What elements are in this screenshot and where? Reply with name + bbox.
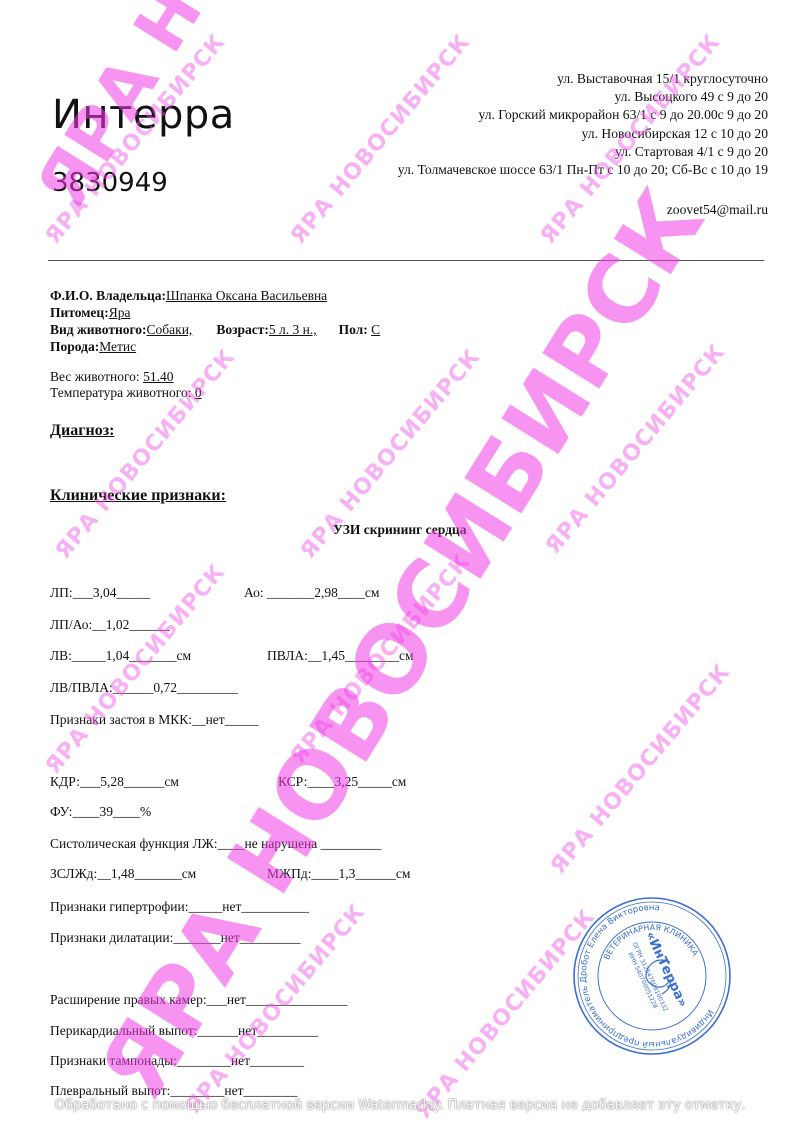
clinic-logo: Интерра bbox=[52, 92, 235, 138]
measurement-value: нет bbox=[224, 1083, 243, 1098]
measurement-post: _________ bbox=[317, 836, 381, 851]
measurement-label: КСР: bbox=[278, 774, 307, 789]
measurement-label: Плевральный выпот: bbox=[50, 1083, 170, 1098]
species-value: Собаки, bbox=[147, 322, 193, 337]
measurement-post: ________ bbox=[250, 1053, 304, 1068]
measurement-value: 1,04 bbox=[106, 648, 130, 663]
measurement-value: нет bbox=[221, 930, 240, 945]
address-line: ул. Толмачевское шоссе 63/1 Пн-Пт с 10 д… bbox=[398, 161, 768, 179]
age-label: Возраст: bbox=[216, 322, 269, 337]
measurement-value: нет bbox=[222, 899, 241, 914]
measurement-dilation: Признаки дилатации:_______нет_________ bbox=[50, 930, 301, 946]
measurement-label: ЛП: bbox=[50, 585, 73, 600]
breed-value: Метис bbox=[99, 339, 136, 354]
owner-value: Шпанка Оксана Васильевна bbox=[166, 288, 327, 303]
pet-label: Питомец: bbox=[50, 305, 109, 320]
measurement-label: ЛВ/ПВЛА: bbox=[50, 680, 113, 695]
measurement-post: ______ bbox=[129, 617, 170, 632]
address-line: ул. Высоцкого 49 с 9 до 20 bbox=[398, 88, 768, 106]
measurement-lv: ЛВ:_____1,04_______см bbox=[50, 648, 191, 664]
measurement-kdr: КДР:___5,28______см bbox=[50, 774, 179, 790]
measurement-post: _________ bbox=[177, 680, 238, 695]
species-label: Вид животного: bbox=[50, 322, 147, 337]
measurement-post: ____ bbox=[113, 804, 140, 819]
measurement-unit: см bbox=[365, 585, 380, 600]
measurement-value: нет bbox=[231, 1053, 250, 1068]
measurement-value: 1,02 bbox=[106, 617, 130, 632]
clinic-addresses: ул. Выставочная 15/1 круглосуточно ул. В… bbox=[398, 70, 768, 179]
measurement-fu: ФУ:____39____% bbox=[50, 804, 151, 820]
measurement-value: 39 bbox=[99, 804, 113, 819]
measurement-pericardial: Перикардиальный выпот:______нет_________ bbox=[50, 1023, 318, 1039]
measurement-value: 1,48 bbox=[111, 866, 135, 881]
measurement-value: 2,98 bbox=[314, 585, 338, 600]
measurement-pre: _______ bbox=[173, 930, 220, 945]
weight-value: 51.40 bbox=[143, 369, 173, 384]
measurement-pre: ____ bbox=[218, 836, 245, 851]
measurement-post: _____ bbox=[225, 712, 259, 727]
measurement-label: ЗСЛЖд: bbox=[50, 866, 97, 881]
address-line: ул. Новосибирская 12 с 10 до 20 bbox=[398, 125, 768, 143]
clinic-phone: 3830949 bbox=[52, 168, 168, 198]
measurement-post: ______ bbox=[124, 774, 165, 789]
diagnosis-heading: Диагноз: bbox=[50, 422, 114, 440]
measurement-value: 1,3 bbox=[338, 866, 355, 881]
watermark-text: ЯРА НОВОСИБИРСК bbox=[546, 660, 736, 879]
measurement-pre: _____ bbox=[72, 648, 106, 663]
measurement-label: Признаки гипертрофии: bbox=[50, 899, 189, 914]
measurement-label: КДР: bbox=[50, 774, 80, 789]
measurement-pre: __ bbox=[97, 866, 111, 881]
clinical-signs-heading: Клинические признаки: bbox=[50, 487, 226, 505]
measurement-post: __________ bbox=[241, 899, 309, 914]
temperature-value: 0 bbox=[195, 385, 202, 400]
sex-label: Пол: bbox=[339, 322, 368, 337]
measurement-post: ________ bbox=[345, 648, 399, 663]
measurement-label: МЖПд: bbox=[267, 866, 311, 881]
pet-value: Яра bbox=[109, 305, 131, 320]
measurement-unit: см bbox=[182, 866, 197, 881]
measurement-post: _______________ bbox=[246, 992, 347, 1007]
weight-label: Вес животного: bbox=[50, 369, 143, 384]
measurement-hypertrophy: Признаки гипертрофии:_____нет__________ bbox=[50, 899, 309, 915]
age-value: 5 л. 3 н., bbox=[269, 322, 317, 337]
measurement-unit: см bbox=[177, 648, 192, 663]
exam-title: УЗИ скрининг сердца bbox=[333, 522, 466, 538]
measurement-label: ПВЛА: bbox=[267, 648, 308, 663]
measurement-value: 3,25 bbox=[334, 774, 358, 789]
measurement-pre: ____ bbox=[307, 774, 334, 789]
measurement-value: нет bbox=[238, 1023, 257, 1038]
measurement-label: Признаки тампонады: bbox=[50, 1053, 177, 1068]
measurement-zslzhd: ЗСЛЖд:__1,48_______см bbox=[50, 866, 196, 882]
measurement-lv-pvla: ЛВ/ПВЛА:______0,72_________ bbox=[50, 680, 238, 696]
measurement-pre: ______ bbox=[198, 1023, 239, 1038]
measurement-post: _________ bbox=[240, 930, 301, 945]
measurement-pre: _____ bbox=[189, 899, 223, 914]
measurement-right-chambers: Расширение правых камер:___нет__________… bbox=[50, 992, 347, 1008]
measurement-value: 3,04 bbox=[93, 585, 117, 600]
address-line: ул. Горский микрорайон 63/1 с 9 до 20.00… bbox=[398, 106, 768, 124]
measurement-post: ____ bbox=[338, 585, 365, 600]
watermark-footer-note: Обработано с помощью бесплатной версии W… bbox=[0, 1098, 800, 1113]
measurement-post: _______ bbox=[134, 866, 181, 881]
measurement-value: 1,45 bbox=[321, 648, 345, 663]
measurement-label: ЛП/Ао: bbox=[50, 617, 92, 632]
measurement-ao: Ао: _______2,98____см bbox=[244, 585, 379, 601]
measurement-label: Расширение правых камер: bbox=[50, 992, 207, 1007]
measurement-mzhpd: МЖПд:____1,3______см bbox=[267, 866, 410, 882]
measurement-post: ______ bbox=[355, 866, 396, 881]
measurement-post: ________ bbox=[244, 1083, 298, 1098]
measurement-value: не нарушена bbox=[245, 836, 318, 851]
owner-label: Ф.И.О. Владельца: bbox=[50, 288, 166, 303]
measurement-pre: __ bbox=[92, 617, 106, 632]
measurement-mkk: Признаки застоя в МКК:__нет_____ bbox=[50, 712, 258, 728]
measurement-lp-ao: ЛП/Ао:__1,02______ bbox=[50, 617, 170, 633]
breed-label: Порода: bbox=[50, 339, 99, 354]
measurement-unit: см bbox=[396, 866, 411, 881]
measurement-post: _____ bbox=[117, 585, 151, 600]
measurement-value: 0,72 bbox=[153, 680, 177, 695]
measurement-pleural: Плевральный выпот:________нет________ bbox=[50, 1083, 298, 1099]
patient-info: Ф.И.О. Владельца:Шпанка Оксана Васильевн… bbox=[50, 287, 380, 355]
measurement-label: Систолическая функция ЛЖ: bbox=[50, 836, 218, 851]
measurement-pvla: ПВЛА:__1,45________см bbox=[267, 648, 414, 664]
measurement-pre: ____ bbox=[72, 804, 99, 819]
watermark-text: ЯРА НОВОСИБИРСК bbox=[41, 30, 231, 249]
measurement-label: Ао: bbox=[244, 585, 267, 600]
measurement-label: Признаки дилатации: bbox=[50, 930, 173, 945]
measurement-pre: ______ bbox=[113, 680, 154, 695]
measurement-systolic: Систолическая функция ЛЖ:____не нарушена… bbox=[50, 836, 381, 852]
measurement-post: _______ bbox=[129, 648, 176, 663]
header-divider bbox=[48, 260, 764, 261]
vitals: Вес животного: 51.40 Температура животно… bbox=[50, 369, 202, 401]
measurement-post: _________ bbox=[257, 1023, 318, 1038]
measurement-unit: % bbox=[140, 804, 151, 819]
measurement-pre: __ bbox=[308, 648, 322, 663]
measurement-label: ФУ: bbox=[50, 804, 72, 819]
clinic-email[interactable]: zoovet54@mail.ru bbox=[667, 202, 768, 218]
measurement-value: нет bbox=[206, 712, 225, 727]
address-line: ул. Выставочная 15/1 круглосуточно bbox=[398, 70, 768, 88]
measurement-tamponade: Признаки тампонады:________нет________ bbox=[50, 1053, 304, 1069]
measurement-post: _____ bbox=[358, 774, 392, 789]
measurement-value: нет bbox=[227, 992, 246, 1007]
measurement-unit: см bbox=[399, 648, 414, 663]
measurement-value: 5,28 bbox=[100, 774, 124, 789]
measurement-pre: ___ bbox=[207, 992, 227, 1007]
measurement-lp: ЛП:___3,04_____ bbox=[50, 585, 150, 601]
measurement-label: Перикардиальный выпот: bbox=[50, 1023, 198, 1038]
measurement-pre: __ bbox=[192, 712, 206, 727]
measurement-unit: см bbox=[392, 774, 407, 789]
clinic-stamp: Индивидуальный предприниматель Дробот Ел… bbox=[560, 892, 740, 1062]
measurement-unit: см bbox=[164, 774, 179, 789]
measurement-label: Признаки застоя в МКК: bbox=[50, 712, 192, 727]
watermark-text: ЯРА НОВОСИБИРСК bbox=[541, 340, 731, 559]
measurement-pre: ________ bbox=[177, 1053, 231, 1068]
address-line: ул. Стартовая 4/1 с 9 до 20 bbox=[398, 143, 768, 161]
measurement-pre: _______ bbox=[267, 585, 314, 600]
sex-value: С bbox=[371, 322, 380, 337]
measurement-pre: ____ bbox=[311, 866, 338, 881]
temperature-label: Температура животного: bbox=[50, 385, 195, 400]
measurement-pre: ___ bbox=[80, 774, 100, 789]
measurement-pre: ___ bbox=[73, 585, 93, 600]
measurement-ksr: КСР:____3,25_____см bbox=[278, 774, 406, 790]
measurement-pre: ________ bbox=[170, 1083, 224, 1098]
measurement-label: ЛВ: bbox=[50, 648, 72, 663]
